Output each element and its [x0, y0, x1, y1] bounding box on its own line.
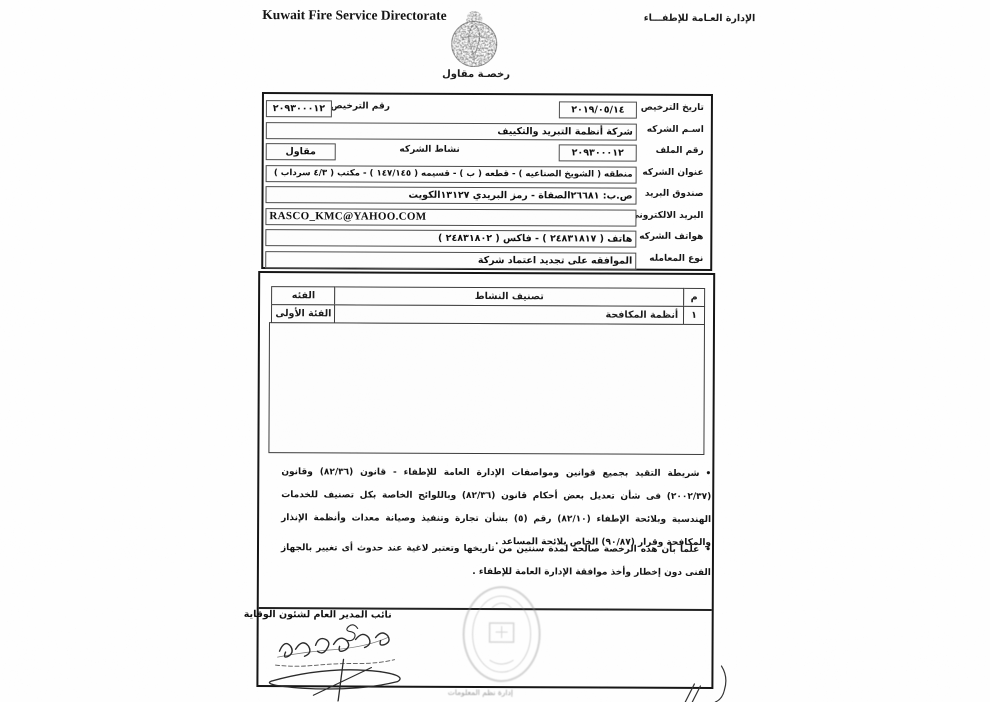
- bullet-marker: •: [705, 545, 711, 555]
- bullet-marker: •: [706, 469, 712, 479]
- field-label-po-box: صندوق البريد: [636, 189, 704, 199]
- table-cell-classification: أنظمة المكافحة: [334, 304, 684, 325]
- fire-service-emblem-icon: [446, 8, 502, 70]
- field-value-license-no: ٢٠٩٣٠٠٠١٢: [266, 100, 332, 117]
- field-value-file-no: ٢٠٩٣٠٠٠١٢: [559, 144, 637, 161]
- handwritten-signature: [257, 615, 435, 702]
- field-value-phones: هاتف ( ٢٤٨٣١٨١٧ ) - فاكس ( ٢٤٨٣١٨٠٢ ): [265, 229, 636, 248]
- footer-department-label: إدارة نظم المعلومات: [415, 688, 545, 698]
- table-cell-no: ١: [683, 306, 705, 325]
- field-value-license-date: ٢٠١٩/٠٥/١٤: [559, 101, 637, 118]
- activities-table: م تصنيف النشاط الفئه ١ أنظمة المكافحة ال…: [268, 286, 705, 455]
- document-type-title: رخصـة مقاول: [438, 69, 514, 80]
- field-label-address: عنوان الشركه: [636, 167, 704, 177]
- field-label-activity: نشاط الشركه: [402, 145, 460, 155]
- field-label-license-date: تاريخ الترخيص: [636, 103, 704, 113]
- field-label-phones: هواتف الشركه: [635, 232, 703, 242]
- official-stamp-icon: [449, 578, 553, 690]
- field-value-transaction: الموافقه على تجديد اعتماد شركة: [265, 251, 636, 270]
- conditions-note-text: شريطة التقيد بجميع قوانين ومواصفات الإدا…: [281, 467, 711, 548]
- field-value-email: RASCO_KMC@YAHOO.COM: [265, 208, 636, 227]
- table-cell-category: الفئة الأولى: [271, 304, 335, 323]
- table-empty-rows-area: [268, 322, 705, 455]
- table-header-category: الفئه: [271, 286, 335, 305]
- field-label-transaction: نوع المعامله: [635, 253, 703, 263]
- field-label-company-name: اسـم الشركه: [636, 124, 704, 134]
- validity-note-text: علماً بأن هذه الرخصة صالحة لمدة سنتين من…: [281, 543, 711, 578]
- scanned-license-document: Kuwait Fire Service Directorate الإدارة …: [0, 0, 990, 702]
- header-title-en: Kuwait Fire Service Directorate: [262, 7, 446, 24]
- field-value-address: منطقه ( الشويخ الصناعيه ) - قطعه ( ب ) -…: [266, 165, 637, 184]
- field-label-license-no: رقم الترخيص: [332, 101, 390, 111]
- field-label-email: البريد الالكتروني: [635, 210, 703, 220]
- table-header-no: م: [683, 288, 705, 307]
- field-value-po-box: ص.ب: ٢٦٦٨١الصفاة - رمز البريدي ١٣١٢٧الكو…: [266, 186, 637, 205]
- header-title-ar: الإدارة العـامة للإطفـــاء: [693, 13, 755, 24]
- pen-marks: [669, 653, 743, 702]
- field-label-file-no: رقم الملف: [636, 146, 704, 156]
- company-info-box: تاريخ الترخيص ٢٠١٩/٠٥/١٤ رقم الترخيص ٢٠٩…: [261, 92, 713, 271]
- field-value-company-name: شركة أنظمة التبريد والتكييف: [266, 122, 637, 141]
- field-value-activity: مقاول: [266, 143, 336, 160]
